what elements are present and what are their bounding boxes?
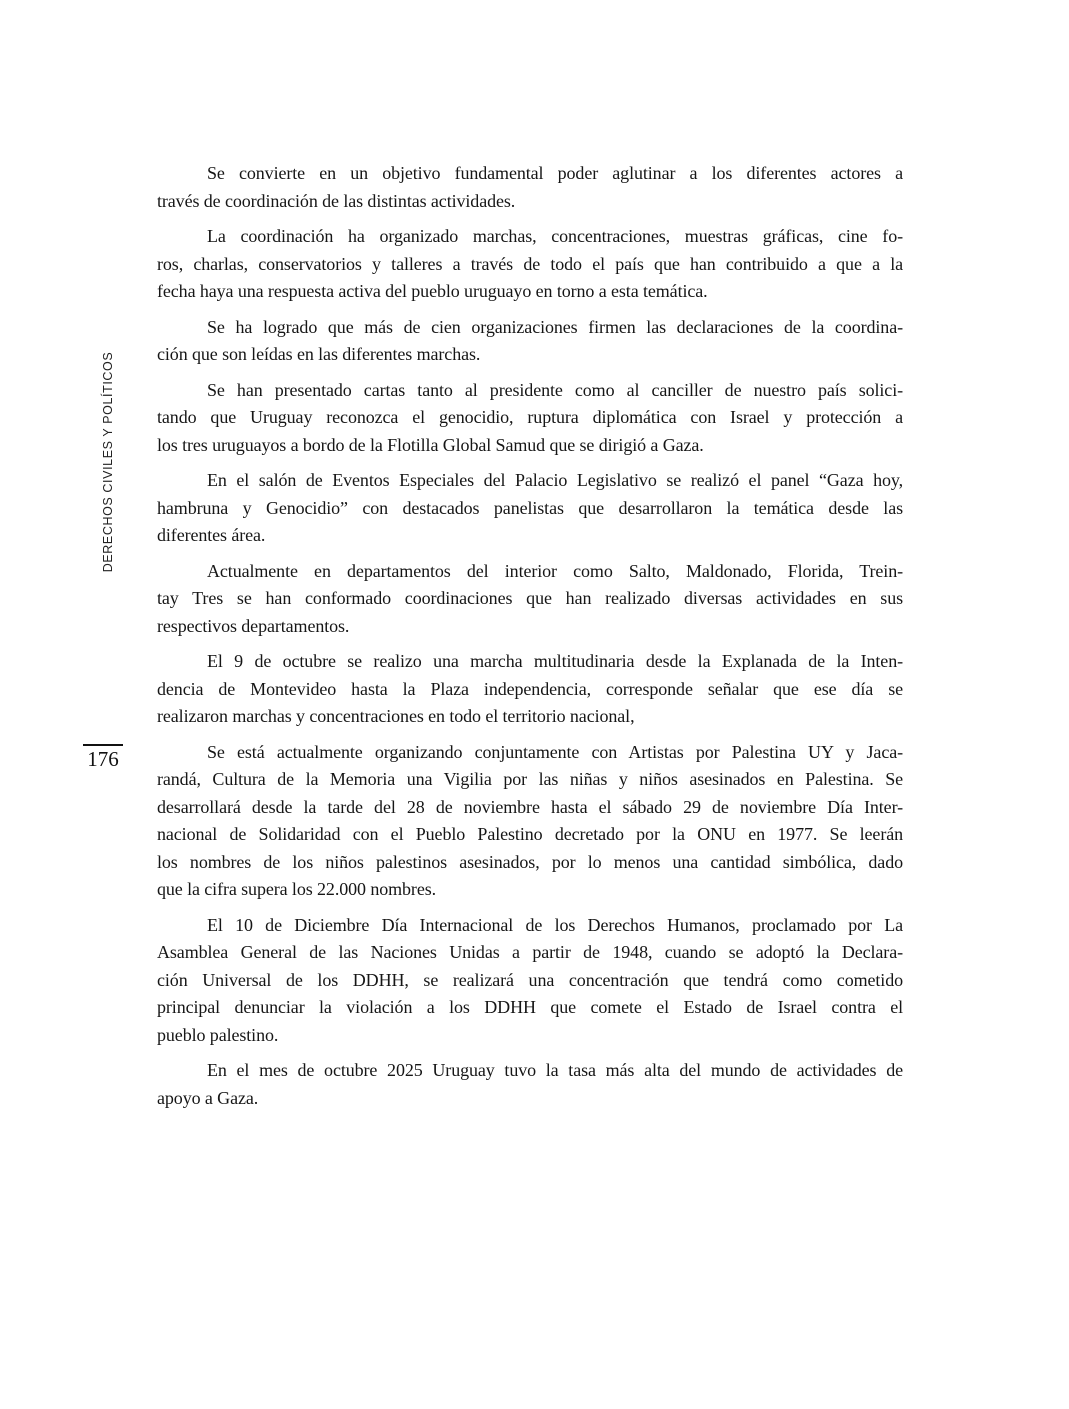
text-line: ción Universal de los DDHH, se realizará… bbox=[157, 967, 903, 995]
text-line: diferentes área. bbox=[157, 522, 903, 550]
text-line-content: hambruna y Genocidio” con destacados pan… bbox=[157, 498, 903, 518]
text-line: El 10 de Diciembre Día Internacional de … bbox=[157, 912, 903, 940]
text-line: realizaron marchas y concentraciones en … bbox=[157, 703, 903, 731]
text-line: tay Tres se han conformado coordinacione… bbox=[157, 585, 903, 613]
text-line: Se está actualmente organizando conjunta… bbox=[157, 739, 903, 767]
text-line-content: realizaron marchas y concentraciones en … bbox=[157, 706, 634, 726]
text-line: En el mes de octubre 2025 Uruguay tuvo l… bbox=[157, 1057, 903, 1085]
text-line: apoyo a Gaza. bbox=[157, 1085, 903, 1113]
text-line: dencia de Montevideo hasta la Plaza inde… bbox=[157, 676, 903, 704]
text-line-content: pueblo palestino. bbox=[157, 1025, 278, 1045]
text-line-content: diferentes área. bbox=[157, 525, 265, 545]
text-line: los nombres de los niños palestinos ases… bbox=[157, 849, 903, 877]
text-line: En el salón de Eventos Especiales del Pa… bbox=[157, 467, 903, 495]
paragraph: Actualmente en departamentos del interio… bbox=[157, 558, 903, 641]
text-line: respectivos departamentos. bbox=[157, 613, 903, 641]
text-line-content: El 10 de Diciembre Día Internacional de … bbox=[207, 915, 903, 935]
text-line-content: desarrollará desde la tarde del 28 de no… bbox=[157, 797, 903, 817]
text-line-content: tando que Uruguay reconozca el genocidio… bbox=[157, 407, 903, 427]
text-line-content: En el mes de octubre 2025 Uruguay tuvo l… bbox=[207, 1060, 903, 1080]
text-line: través de coordinación de las distintas … bbox=[157, 188, 903, 216]
text-line: El 9 de octubre se realizo una marcha mu… bbox=[157, 648, 903, 676]
text-line-content: El 9 de octubre se realizo una marcha mu… bbox=[207, 651, 903, 671]
text-line: que la cifra supera los 22.000 nombres. bbox=[157, 876, 903, 904]
paragraph: En el mes de octubre 2025 Uruguay tuvo l… bbox=[157, 1057, 903, 1112]
text-line-content: ción que son leídas en las diferentes ma… bbox=[157, 344, 480, 364]
text-line: nacional de Solidaridad con el Pueblo Pa… bbox=[157, 821, 903, 849]
paragraph: Se está actualmente organizando conjunta… bbox=[157, 739, 903, 904]
text-line: Se convierte en un objetivo fundamental … bbox=[157, 160, 903, 188]
text-line-content: Actualmente en departamentos del interio… bbox=[207, 561, 903, 581]
text-line-content: ros, charlas, conservatorios y talleres … bbox=[157, 254, 903, 274]
text-line: Se ha logrado que más de cien organizaci… bbox=[157, 314, 903, 342]
paragraph: El 9 de octubre se realizo una marcha mu… bbox=[157, 648, 903, 731]
text-line: Actualmente en departamentos del interio… bbox=[157, 558, 903, 586]
text-line-content: En el salón de Eventos Especiales del Pa… bbox=[207, 470, 903, 490]
section-sidebar-label: DERECHOS CIVILES Y POLÍTICOS bbox=[101, 352, 115, 573]
text-line-content: Se ha logrado que más de cien organizaci… bbox=[207, 317, 903, 337]
text-line: desarrollará desde la tarde del 28 de no… bbox=[157, 794, 903, 822]
text-line-content: tay Tres se han conformado coordinacione… bbox=[157, 588, 903, 608]
text-line-content: ción Universal de los DDHH, se realizará… bbox=[157, 970, 903, 990]
text-line: ros, charlas, conservatorios y talleres … bbox=[157, 251, 903, 279]
paragraph: La coordinación ha organizado marchas, c… bbox=[157, 223, 903, 306]
text-line: fecha haya una respuesta activa del pueb… bbox=[157, 278, 903, 306]
paragraph: Se convierte en un objetivo fundamental … bbox=[157, 160, 903, 215]
text-line-content: apoyo a Gaza. bbox=[157, 1088, 258, 1108]
text-line-content: respectivos departamentos. bbox=[157, 616, 349, 636]
page-number-block: 176 bbox=[83, 744, 123, 772]
text-line: tando que Uruguay reconozca el genocidio… bbox=[157, 404, 903, 432]
paragraph: El 10 de Diciembre Día Internacional de … bbox=[157, 912, 903, 1050]
document-page: DERECHOS CIVILES Y POLÍTICOS 176 Se conv… bbox=[0, 0, 1069, 1409]
text-line: La coordinación ha organizado marchas, c… bbox=[157, 223, 903, 251]
text-line: ción que son leídas en las diferentes ma… bbox=[157, 341, 903, 369]
text-line: Se han presentado cartas tanto al presid… bbox=[157, 377, 903, 405]
text-line-content: Se han presentado cartas tanto al presid… bbox=[207, 380, 903, 400]
text-line-content: dencia de Montevideo hasta la Plaza inde… bbox=[157, 679, 903, 699]
text-line-content: los nombres de los niños palestinos ases… bbox=[157, 852, 903, 872]
text-line-content: través de coordinación de las distintas … bbox=[157, 191, 515, 211]
text-line-content: randá, Cultura de la Memoria una Vigilia… bbox=[157, 769, 903, 789]
text-line-content: fecha haya una respuesta activa del pueb… bbox=[157, 281, 708, 301]
text-line: los tres uruguayos a bordo de la Flotill… bbox=[157, 432, 903, 460]
text-line-content: nacional de Solidaridad con el Pueblo Pa… bbox=[157, 824, 903, 844]
text-line-content: La coordinación ha organizado marchas, c… bbox=[207, 226, 903, 246]
text-line-content: principal denunciar la violación a los D… bbox=[157, 997, 903, 1017]
paragraph: En el salón de Eventos Especiales del Pa… bbox=[157, 467, 903, 550]
text-line: Asamblea General de las Naciones Unidas … bbox=[157, 939, 903, 967]
page-number: 176 bbox=[83, 746, 123, 772]
text-line-content: Asamblea General de las Naciones Unidas … bbox=[157, 942, 903, 962]
text-line: hambruna y Genocidio” con destacados pan… bbox=[157, 495, 903, 523]
body-text: Se convierte en un objetivo fundamental … bbox=[157, 160, 903, 1120]
text-line: pueblo palestino. bbox=[157, 1022, 903, 1050]
text-line-content: que la cifra supera los 22.000 nombres. bbox=[157, 879, 436, 899]
text-line-content: Se está actualmente organizando conjunta… bbox=[207, 742, 903, 762]
paragraph: Se han presentado cartas tanto al presid… bbox=[157, 377, 903, 460]
text-line-content: Se convierte en un objetivo fundamental … bbox=[207, 163, 903, 183]
text-line: randá, Cultura de la Memoria una Vigilia… bbox=[157, 766, 903, 794]
paragraph: Se ha logrado que más de cien organizaci… bbox=[157, 314, 903, 369]
text-line: principal denunciar la violación a los D… bbox=[157, 994, 903, 1022]
text-line-content: los tres uruguayos a bordo de la Flotill… bbox=[157, 435, 704, 455]
